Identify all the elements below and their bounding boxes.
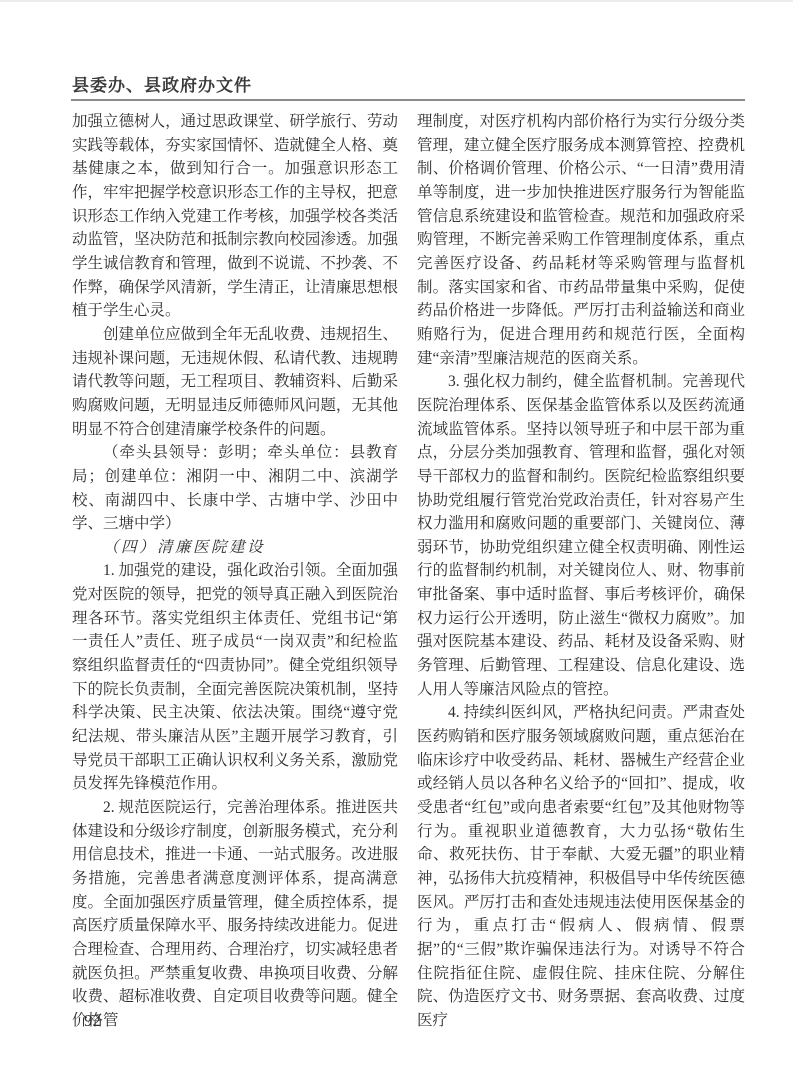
paragraph-item-1: 1. 加强党的建设，强化政治引领。全面加强党对医院的领导，把党的领导真正融入到医… (72, 559, 398, 796)
header-rule (71, 99, 745, 101)
page-header-title: 县委办、县政府办文件 (72, 71, 252, 96)
page-number: 92 (84, 1011, 101, 1031)
paragraph-lead-units: （牵头县领导：彭明；牵头单位：县教育局；创建单位：湘阴一中、湘阴二中、滨湖学校、… (72, 441, 398, 536)
paragraph-continuation: 加强立德树人，通过思政课堂、研学旅行、劳动实践等载体，夯实家国情怀、造就健全人格… (72, 110, 398, 323)
paragraph-item-3: 3. 强化权力制约，健全监督机制。完善现代医院治理体系、医保基金监管体系以及医药… (417, 370, 745, 701)
paragraph-continuation: 理制度，对医疗机构内部价格行为实行分级分类管理，建立健全医疗服务成本测算管控、控… (417, 110, 745, 370)
left-column: 加强立德树人，通过思政课堂、研学旅行、劳动实践等载体，夯实家国情怀、造就健全人格… (72, 110, 398, 1033)
paragraph-item-4: 4. 持续纠医纠风，严格执纪问责。严肃查处医药购销和医疗服务领域腐败问题，重点惩… (417, 701, 745, 1032)
paragraph: 创建单位应做到全年无乱收费、违规招生、违规补课问题，无违规休假、私请代教、违规聘… (72, 323, 398, 441)
scan-edge (0, 0, 793, 2)
section-heading: （四）清廉医院建设 (72, 536, 398, 560)
document-page: 县委办、县政府办文件 加强立德树人，通过思政课堂、研学旅行、劳动实践等载体，夯实… (0, 0, 793, 1077)
right-column: 理制度，对医疗机构内部价格行为实行分级分类管理，建立健全医疗服务成本测算管控、控… (417, 110, 745, 1033)
paragraph-item-2: 2. 规范医院运行，完善治理体系。推进医共体建设和分级诊疗制度，创新服务模式，充… (72, 796, 398, 1033)
